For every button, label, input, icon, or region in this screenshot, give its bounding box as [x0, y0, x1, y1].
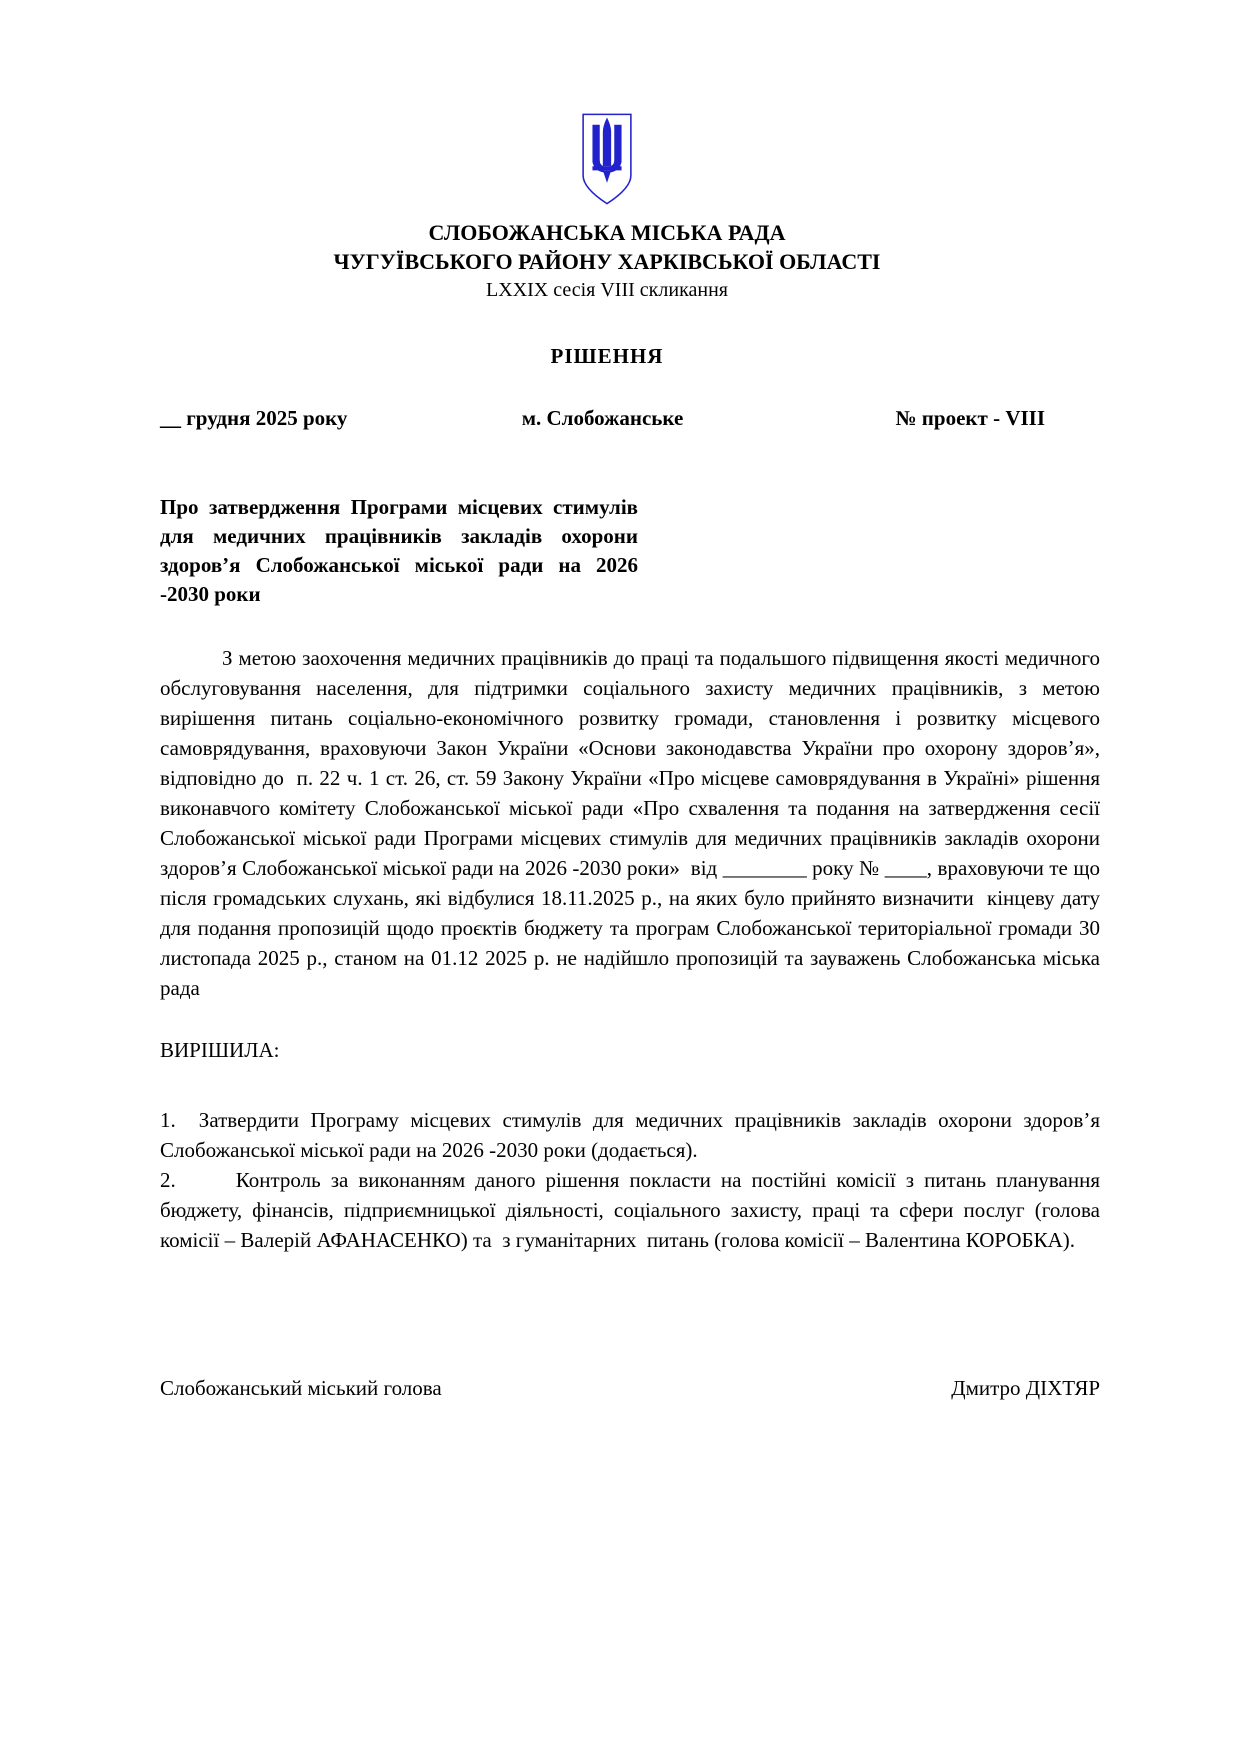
preamble-paragraph: З метою заохочення медичних працівників … — [160, 643, 1100, 1003]
meta-row: __ грудня 2025 року м. Слобожанське № пр… — [160, 403, 1100, 433]
resolution-item-2: 2. Контроль за виконанням даного рішення… — [160, 1165, 1100, 1255]
document-header: СЛОБОЖАНСЬКА МІСЬКА РАДА ЧУГУЇВСЬКОГО РА… — [160, 112, 1054, 367]
document-page: СЛОБОЖАНСЬКА МІСЬКА РАДА ЧУГУЇВСЬКОГО РА… — [0, 0, 1240, 1754]
subject-paragraph: Про затвердження Програми місцевих стиму… — [160, 493, 638, 609]
trident-emblem-icon — [580, 112, 634, 206]
council-name: СЛОБОЖАНСЬКА МІСЬКА РАДА — [160, 218, 1054, 247]
signature-name: Дмитро ДІХТЯР — [951, 1373, 1100, 1403]
document-type-title: РІШЕННЯ — [160, 345, 1054, 367]
council-district: ЧУГУЇВСЬКОГО РАЙОНУ ХАРКІВСЬКОЇ ОБЛАСТІ — [160, 247, 1054, 276]
meta-date: __ грудня 2025 року — [160, 403, 455, 433]
meta-number: № проект - VIII — [750, 403, 1100, 433]
meta-place: м. Слобожанське — [455, 403, 750, 433]
signature-row: Слобожанський міський голова Дмитро ДІХТ… — [160, 1373, 1100, 1403]
resolution-items: 1. Затвердити Програму місцевих стимулів… — [160, 1105, 1100, 1255]
resolution-heading: ВИРІШИЛА: — [160, 1035, 1100, 1065]
session-line: LXXIX сесія VIII скликання — [160, 276, 1054, 305]
signature-title: Слобожанський міський голова — [160, 1373, 442, 1403]
resolution-item-1: 1. Затвердити Програму місцевих стимулів… — [160, 1105, 1100, 1165]
